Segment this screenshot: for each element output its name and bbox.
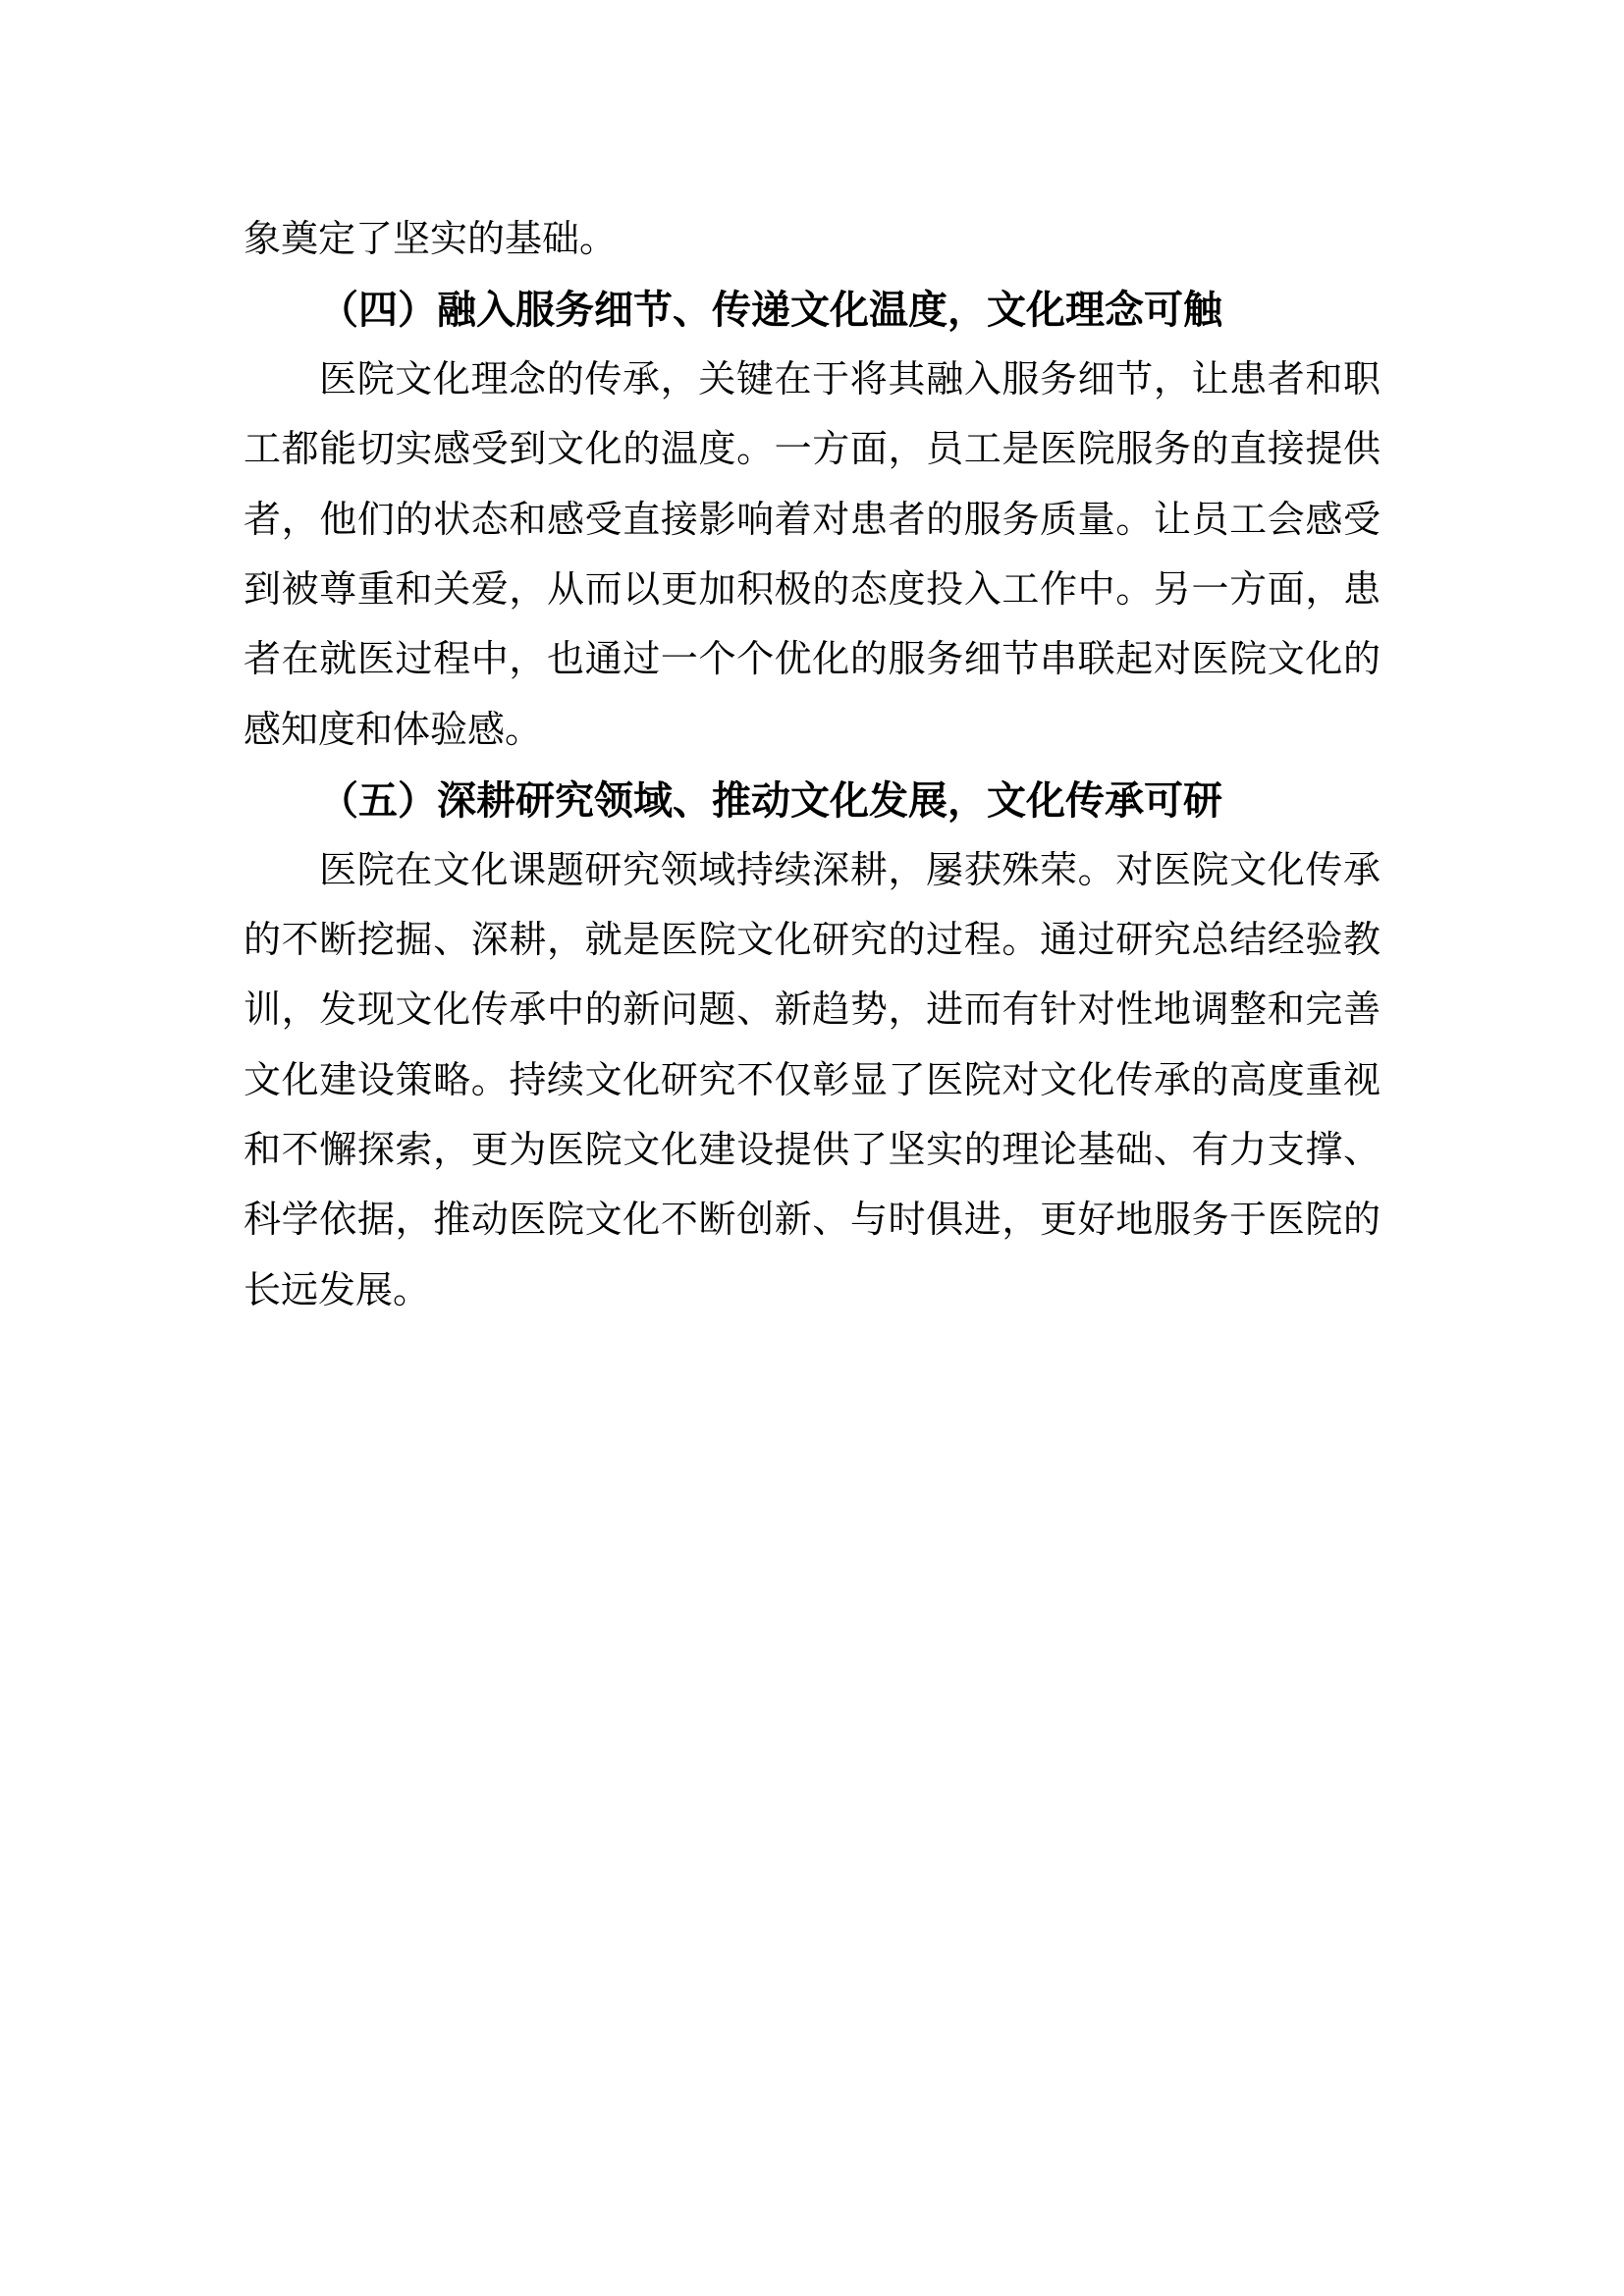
text-line: 象奠定了坚实的基础。	[244, 205, 1380, 275]
text-line: 的不断挖掘、深耕，就是医院文化研究的过程。通过研究总结经验教	[244, 906, 1380, 976]
paragraph: 医院在文化课题研究领域持续深耕，屡获殊荣。对医院文化传承 的不断挖掘、深耕，就是…	[244, 836, 1380, 1327]
text-block: 象奠定了坚实的基础。 （四）融入服务细节、传递文化温度，文化理念可触 医院文化理…	[244, 205, 1380, 1326]
text-line: 者在就医过程中，也通过一个个优化的服务细节串联起对医院文化的	[244, 625, 1380, 695]
text-line: 文化建设策略。持续文化研究不仅彰显了医院对文化传承的高度重视	[244, 1046, 1380, 1116]
section-heading-4: （四）融入服务细节、传递文化温度，文化理念可触	[244, 275, 1380, 345]
paragraph: 医院文化理念的传承，关键在于将其融入服务细节，让患者和职 工都能切实感受到文化的…	[244, 346, 1380, 766]
text-line: 长远发展。	[244, 1256, 1380, 1326]
text-line: 者，他们的状态和感受直接影响着对患者的服务质量。让员工会感受	[244, 486, 1380, 556]
text-line: 工都能切实感受到文化的温度。一方面，员工是医院服务的直接提供	[244, 415, 1380, 485]
paragraph: 象奠定了坚实的基础。	[244, 205, 1380, 275]
text-line: 医院文化理念的传承，关键在于将其融入服务细节，让患者和职	[244, 346, 1380, 415]
section-heading-5: （五）深耕研究领域、推动文化发展，文化传承可研	[244, 766, 1380, 835]
text-line: 和不懈探索，更为医院文化建设提供了坚实的理论基础、有力支撑、	[244, 1116, 1380, 1186]
text-line: 感知度和体验感。	[244, 696, 1380, 766]
document-page: 象奠定了坚实的基础。 （四）融入服务细节、传递文化温度，文化理念可触 医院文化理…	[0, 0, 1624, 2296]
text-line: 到被尊重和关爱，从而以更加积极的态度投入工作中。另一方面，患	[244, 556, 1380, 625]
text-line: 医院在文化课题研究领域持续深耕，屡获殊荣。对医院文化传承	[244, 836, 1380, 906]
text-line: 科学依据，推动医院文化不断创新、与时俱进，更好地服务于医院的	[244, 1186, 1380, 1255]
text-line: 训，发现文化传承中的新问题、新趋势，进而有针对性地调整和完善	[244, 976, 1380, 1045]
